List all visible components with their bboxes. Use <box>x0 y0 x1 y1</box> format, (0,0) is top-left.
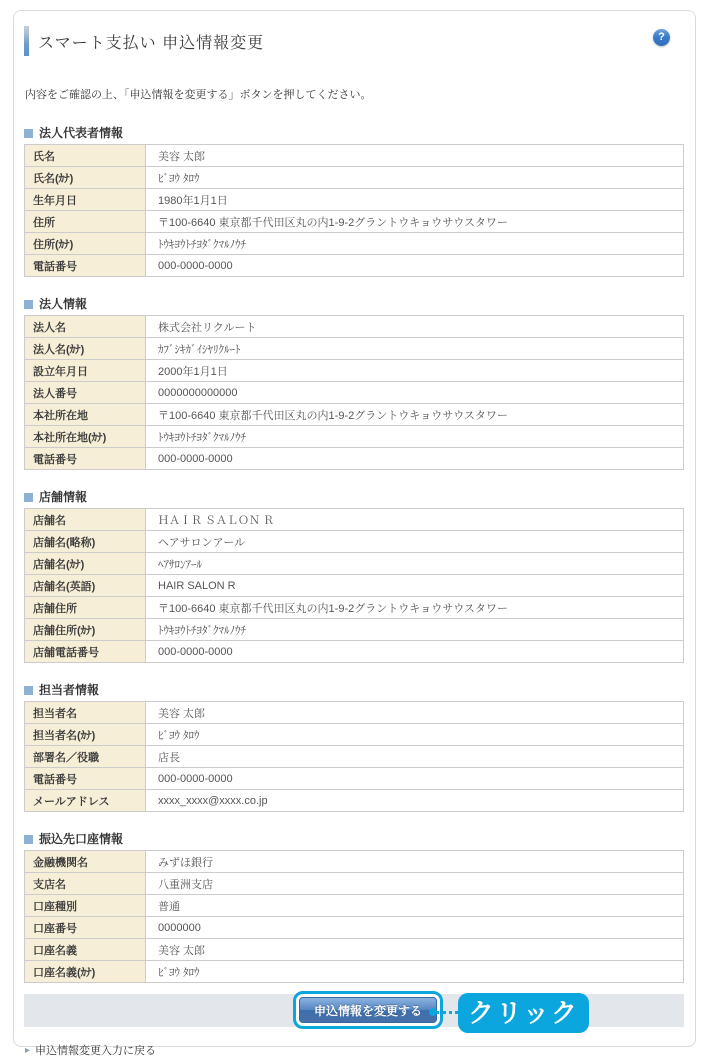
row-label: 住所(ｶﾅ) <box>25 233 146 255</box>
table-row: 支店名八重洲支店 <box>25 873 684 895</box>
row-value: 0000000 <box>146 917 684 939</box>
table-row: 店舗名ＨＡＩＲ ＳＡＬＯＮ Ｒ <box>25 509 684 531</box>
row-label: 電話番号 <box>25 768 146 790</box>
table-row: 口座番号0000000 <box>25 917 684 939</box>
row-label: 生年月日 <box>25 189 146 211</box>
row-label: 店舗電話番号 <box>25 641 146 663</box>
table-row: 口座名義美容 太郎 <box>25 939 684 961</box>
connector-dot-icon <box>463 1008 471 1016</box>
table-row: 口座名義(ｶﾅ)ﾋﾞﾖｳ ﾀﾛｳ <box>25 961 684 983</box>
table-row: 法人名(ｶﾅ)ｶﾌﾞｼｷｶﾞｲｼﾔﾘｸﾙｰﾄ <box>25 338 684 360</box>
row-value: 2000年1月1日 <box>146 360 684 382</box>
row-value: 0000000000000 <box>146 382 684 404</box>
callout-connector <box>429 1004 471 1020</box>
info-table: 担当者名美容 太郎担当者名(ｶﾅ)ﾋﾞﾖｳ ﾀﾛｳ部署名／役職店長電話番号000… <box>24 701 684 812</box>
table-row: 店舗住所〒100-6640 東京都千代田区丸の内1-9-2グラントウキョウサウス… <box>25 597 684 619</box>
row-value: ﾋﾞﾖｳ ﾀﾛｳ <box>146 724 684 746</box>
row-value: 〒100-6640 東京都千代田区丸の内1-9-2グラントウキョウサウスタワー <box>146 597 684 619</box>
row-label: 氏名 <box>25 145 146 167</box>
section-title: 店舗情報 <box>39 491 87 503</box>
table-row: 店舗住所(ｶﾅ)ﾄｳｷﾖｳﾄﾁﾖﾀﾞｸﾏﾙﾉｳﾁ <box>25 619 684 641</box>
row-value: みずほ銀行 <box>146 851 684 873</box>
back-link[interactable]: ▸ 申込情報変更入力に戻る <box>25 1042 156 1058</box>
row-label: 口座名義 <box>25 939 146 961</box>
submit-button[interactable]: 申込情報を変更する <box>299 997 437 1023</box>
table-row: 口座種別普通 <box>25 895 684 917</box>
section-bullet-icon <box>24 686 33 695</box>
row-label: 口座名義(ｶﾅ) <box>25 961 146 983</box>
info-section: 担当者情報 担当者名美容 太郎担当者名(ｶﾅ)ﾋﾞﾖｳ ﾀﾛｳ部署名／役職店長電… <box>24 684 682 812</box>
row-label: 法人名(ｶﾅ) <box>25 338 146 360</box>
section-header: 法人代表者情報 <box>24 127 682 139</box>
row-value: ﾋﾞﾖｳ ﾀﾛｳ <box>146 167 684 189</box>
row-value: ﾄｳｷﾖｳﾄﾁﾖﾀﾞｸﾏﾙﾉｳﾁ <box>146 619 684 641</box>
row-label: 担当者名(ｶﾅ) <box>25 724 146 746</box>
help-icon[interactable]: ? <box>653 29 670 46</box>
row-value: 〒100-6640 東京都千代田区丸の内1-9-2グラントウキョウサウスタワー <box>146 211 684 233</box>
table-row: 担当者名美容 太郎 <box>25 702 684 724</box>
row-value: 株式会社リクルート <box>146 316 684 338</box>
table-row: 住所〒100-6640 東京都千代田区丸の内1-9-2グラントウキョウサウスタワ… <box>25 211 684 233</box>
row-label: 店舗住所(ｶﾅ) <box>25 619 146 641</box>
section-bullet-icon <box>24 493 33 502</box>
row-value: 000-0000-0000 <box>146 768 684 790</box>
section-title: 法人情報 <box>39 298 87 310</box>
table-row: 氏名(ｶﾅ)ﾋﾞﾖｳ ﾀﾛｳ <box>25 167 684 189</box>
row-label: 法人名 <box>25 316 146 338</box>
row-value: HAIR SALON R <box>146 575 684 597</box>
table-row: 法人番号0000000000000 <box>25 382 684 404</box>
row-value: ﾍｱｻﾛﾝｱｰﾙ <box>146 553 684 575</box>
click-callout: クリック <box>458 993 589 1033</box>
table-row: 部署名／役職店長 <box>25 746 684 768</box>
row-label: 担当者名 <box>25 702 146 724</box>
title-accent-bar <box>24 26 29 56</box>
table-row: 本社所在地(ｶﾅ)ﾄｳｷﾖｳﾄﾁﾖﾀﾞｸﾏﾙﾉｳﾁ <box>25 426 684 448</box>
action-bar: 申込情報を変更する クリック <box>24 994 684 1027</box>
row-label: 電話番号 <box>25 255 146 277</box>
row-label: 店舗住所 <box>25 597 146 619</box>
button-highlight-outline: 申込情報を変更する <box>293 991 443 1029</box>
row-value: 000-0000-0000 <box>146 641 684 663</box>
row-value: 八重洲支店 <box>146 873 684 895</box>
row-label: 店舗名 <box>25 509 146 531</box>
row-value: 000-0000-0000 <box>146 448 684 470</box>
section-bullet-icon <box>24 129 33 138</box>
row-value: ﾄｳｷﾖｳﾄﾁﾖﾀﾞｸﾏﾙﾉｳﾁ <box>146 233 684 255</box>
row-label: 店舗名(ｶﾅ) <box>25 553 146 575</box>
row-value: 美容 太郎 <box>146 702 684 724</box>
page-title: スマート支払い 申込情報変更 <box>38 30 264 53</box>
row-label: 店舗名(略称) <box>25 531 146 553</box>
section-title: 担当者情報 <box>39 684 99 696</box>
table-row: 設立年月日2000年1月1日 <box>25 360 684 382</box>
page-header: スマート支払い 申込情報変更 ? <box>24 26 682 56</box>
instruction-text: 内容をご確認の上、「申込情報を変更する」ボタンを押してください。 <box>25 86 682 102</box>
section-bullet-icon <box>24 835 33 844</box>
row-value: 〒100-6640 東京都千代田区丸の内1-9-2グラントウキョウサウスタワー <box>146 404 684 426</box>
sections-container: 法人代表者情報 氏名美容 太郎氏名(ｶﾅ)ﾋﾞﾖｳ ﾀﾛｳ生年月日1980年1月… <box>24 127 682 983</box>
info-table: 店舗名ＨＡＩＲ ＳＡＬＯＮ Ｒ店舗名(略称)ヘアサロンアール店舗名(ｶﾅ)ﾍｱｻ… <box>24 508 684 663</box>
info-table: 法人名株式会社リクルート法人名(ｶﾅ)ｶﾌﾞｼｷｶﾞｲｼﾔﾘｸﾙｰﾄ設立年月日2… <box>24 315 684 470</box>
section-header: 店舗情報 <box>24 491 682 503</box>
row-label: 氏名(ｶﾅ) <box>25 167 146 189</box>
table-row: 店舗名(ｶﾅ)ﾍｱｻﾛﾝｱｰﾙ <box>25 553 684 575</box>
row-label: 本社所在地(ｶﾅ) <box>25 426 146 448</box>
row-value: ＨＡＩＲ ＳＡＬＯＮ Ｒ <box>146 509 684 531</box>
table-row: 金融機関名みずほ銀行 <box>25 851 684 873</box>
table-row: 氏名美容 太郎 <box>25 145 684 167</box>
section-title: 法人代表者情報 <box>39 127 123 139</box>
connector-dashed-line <box>436 1011 464 1014</box>
info-section: 振込先口座情報 金融機関名みずほ銀行支店名八重洲支店口座種別普通口座番号0000… <box>24 833 682 983</box>
row-value: ﾄｳｷﾖｳﾄﾁﾖﾀﾞｸﾏﾙﾉｳﾁ <box>146 426 684 448</box>
row-label: 住所 <box>25 211 146 233</box>
row-value: ヘアサロンアール <box>146 531 684 553</box>
section-bullet-icon <box>24 300 33 309</box>
table-row: 住所(ｶﾅ)ﾄｳｷﾖｳﾄﾁﾖﾀﾞｸﾏﾙﾉｳﾁ <box>25 233 684 255</box>
row-label: 支店名 <box>25 873 146 895</box>
section-title: 振込先口座情報 <box>39 833 123 845</box>
back-link-label: 申込情報変更入力に戻る <box>35 1042 156 1058</box>
chevron-right-icon: ▸ <box>25 1045 30 1056</box>
table-row: 生年月日1980年1月1日 <box>25 189 684 211</box>
table-row: 店舗名(英語)HAIR SALON R <box>25 575 684 597</box>
row-value: 000-0000-0000 <box>146 255 684 277</box>
row-value: 1980年1月1日 <box>146 189 684 211</box>
main-panel: スマート支払い 申込情報変更 ? 内容をご確認の上、「申込情報を変更する」ボタン… <box>13 10 696 1047</box>
row-label: メールアドレス <box>25 790 146 812</box>
section-header: 振込先口座情報 <box>24 833 682 845</box>
row-label: 電話番号 <box>25 448 146 470</box>
row-label: 部署名／役職 <box>25 746 146 768</box>
row-value: ｶﾌﾞｼｷｶﾞｲｼﾔﾘｸﾙｰﾄ <box>146 338 684 360</box>
table-row: 電話番号000-0000-0000 <box>25 768 684 790</box>
info-section: 店舗情報 店舗名ＨＡＩＲ ＳＡＬＯＮ Ｒ店舗名(略称)ヘアサロンアール店舗名(ｶ… <box>24 491 682 663</box>
row-label: 口座種別 <box>25 895 146 917</box>
row-label: 店舗名(英語) <box>25 575 146 597</box>
row-value: 普通 <box>146 895 684 917</box>
row-label: 法人番号 <box>25 382 146 404</box>
info-table: 氏名美容 太郎氏名(ｶﾅ)ﾋﾞﾖｳ ﾀﾛｳ生年月日1980年1月1日住所〒100… <box>24 144 684 277</box>
row-value: xxxx_xxxx@xxxx.co.jp <box>146 790 684 812</box>
info-table: 金融機関名みずほ銀行支店名八重洲支店口座種別普通口座番号0000000口座名義美… <box>24 850 684 983</box>
row-label: 口座番号 <box>25 917 146 939</box>
table-row: 法人名株式会社リクルート <box>25 316 684 338</box>
table-row: 電話番号000-0000-0000 <box>25 448 684 470</box>
table-row: 本社所在地〒100-6640 東京都千代田区丸の内1-9-2グラントウキョウサウ… <box>25 404 684 426</box>
table-row: 担当者名(ｶﾅ)ﾋﾞﾖｳ ﾀﾛｳ <box>25 724 684 746</box>
row-value: ﾋﾞﾖｳ ﾀﾛｳ <box>146 961 684 983</box>
table-row: 店舗電話番号000-0000-0000 <box>25 641 684 663</box>
info-section: 法人情報 法人名株式会社リクルート法人名(ｶﾅ)ｶﾌﾞｼｷｶﾞｲｼﾔﾘｸﾙｰﾄ設… <box>24 298 682 470</box>
row-value: 店長 <box>146 746 684 768</box>
row-label: 設立年月日 <box>25 360 146 382</box>
info-section: 法人代表者情報 氏名美容 太郎氏名(ｶﾅ)ﾋﾞﾖｳ ﾀﾛｳ生年月日1980年1月… <box>24 127 682 277</box>
section-header: 担当者情報 <box>24 684 682 696</box>
table-row: 店舗名(略称)ヘアサロンアール <box>25 531 684 553</box>
row-label: 本社所在地 <box>25 404 146 426</box>
row-value: 美容 太郎 <box>146 939 684 961</box>
table-row: メールアドレスxxxx_xxxx@xxxx.co.jp <box>25 790 684 812</box>
row-label: 金融機関名 <box>25 851 146 873</box>
table-row: 電話番号000-0000-0000 <box>25 255 684 277</box>
section-header: 法人情報 <box>24 298 682 310</box>
row-value: 美容 太郎 <box>146 145 684 167</box>
